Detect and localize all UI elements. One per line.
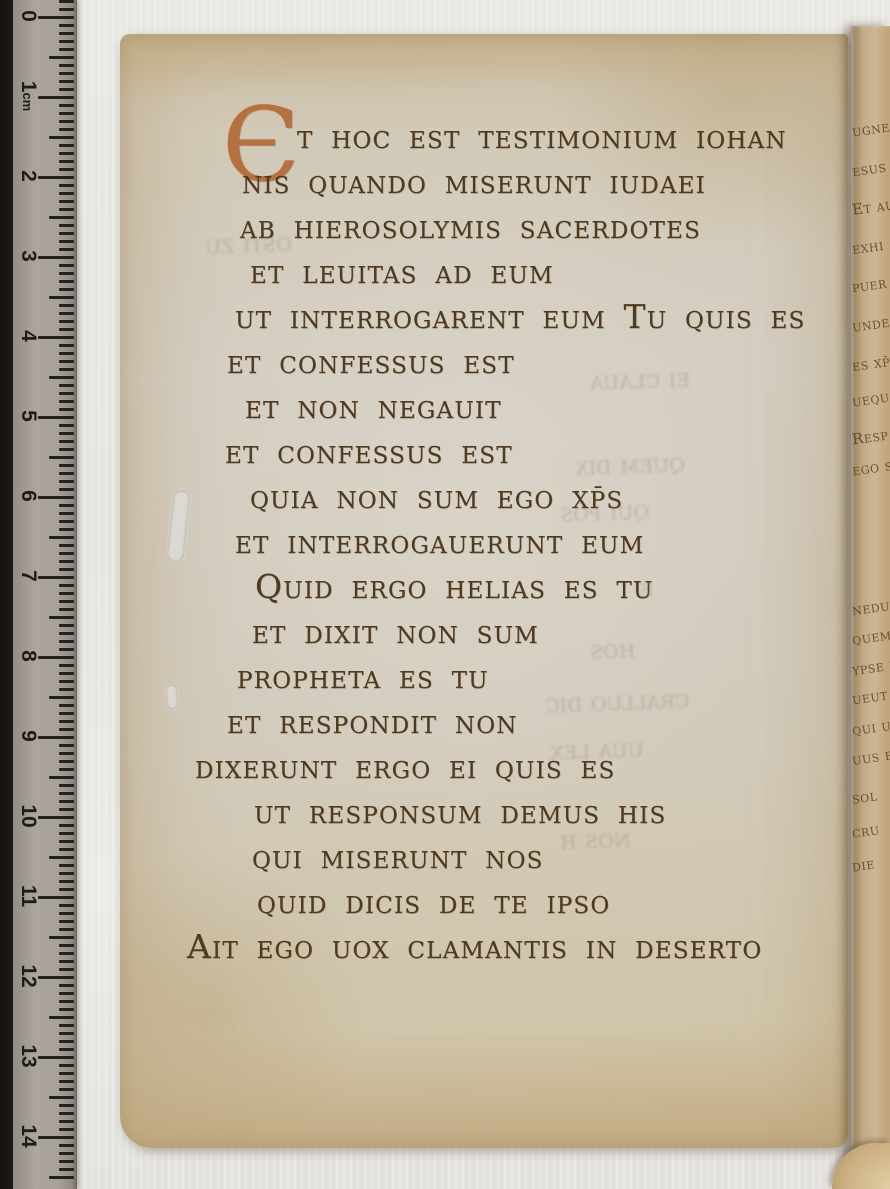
ruler-tick — [59, 368, 74, 371]
ruler-tick — [59, 1048, 74, 1051]
ghost-text-fragment: quem dix — [574, 447, 685, 482]
ruler-tick — [59, 592, 74, 595]
facing-page-text-fragment: uequ — [851, 387, 890, 410]
ruler-tick — [59, 992, 74, 995]
ruler-tick — [59, 552, 74, 555]
ruler-tick — [59, 1144, 74, 1147]
facing-page-text-fragment: neduu — [851, 595, 890, 619]
ruler-tick — [59, 152, 74, 155]
ruler-tick — [49, 536, 74, 539]
ruler-tick — [59, 248, 74, 251]
facing-page-text-fragment: cru — [851, 820, 881, 842]
ruler-tick — [59, 528, 74, 531]
facing-page-edge: ugneesusEt auexhipuerunderoes xp̄suequRe… — [851, 26, 890, 1189]
text-line: et non negauit — [245, 384, 502, 429]
facing-page-text-fragment: ueut — [851, 686, 889, 709]
ruler-tick — [38, 816, 74, 819]
ruler-tick — [59, 208, 74, 211]
facing-page-text-fragment: ugne — [851, 117, 890, 140]
ruler-tick — [59, 352, 74, 355]
ruler-tick — [59, 520, 74, 523]
ruler-tick — [59, 784, 74, 787]
ruler-tick — [59, 688, 74, 691]
ruler-tick — [59, 480, 74, 483]
ruler-tick — [49, 376, 74, 379]
text-line: qui miserunt nos — [252, 834, 544, 879]
ruler-tick — [59, 648, 74, 651]
ruler-tick — [59, 1072, 74, 1075]
facing-page-text-fragment: uus e — [851, 745, 890, 769]
ruler-tick — [59, 928, 74, 931]
ruler-tick — [59, 728, 74, 731]
ruler-tick — [59, 272, 74, 275]
ruler-tick — [38, 416, 74, 419]
ruler-tick — [59, 872, 74, 875]
ruler-tick — [59, 1032, 74, 1035]
ruler-tick — [59, 744, 74, 747]
ruler-tick — [49, 856, 74, 859]
ruler-tick — [59, 752, 74, 755]
ruler-tick — [59, 712, 74, 715]
ruler-tick — [59, 160, 74, 163]
facing-page-text-fragment: Et au — [851, 195, 890, 219]
ruler-tick — [59, 344, 74, 347]
ruler-tick — [59, 264, 74, 267]
ruler-tick — [59, 192, 74, 195]
ruler-tick — [59, 568, 74, 571]
ruler-tick — [59, 392, 74, 395]
ruler-tick — [49, 1016, 74, 1019]
ruler-tick — [59, 1000, 74, 1003]
ruler-number: 4 — [15, 321, 41, 351]
ruler-number: 11 — [15, 881, 41, 911]
text-line: et confessus est — [227, 339, 515, 384]
facing-page-text-fragment: puer — [851, 274, 888, 297]
text-line: Ait ego uox clamantis in deserto — [187, 924, 762, 969]
ghost-text-fragment: nos h — [559, 823, 630, 856]
ruler-number: 12 — [15, 961, 41, 991]
ruler-tick — [59, 80, 74, 83]
backing-board — [0, 0, 13, 1189]
ruler-tick — [49, 216, 74, 219]
ruler-tick — [59, 888, 74, 891]
ruler-tick — [59, 792, 74, 795]
ruler-tick — [59, 464, 74, 467]
ruler-tick — [59, 1024, 74, 1027]
ruler-tick — [59, 232, 74, 235]
ghost-text-fragment: osti zu — [204, 226, 292, 260]
ruler-number: 9 — [15, 721, 41, 751]
ruler-number: 7 — [15, 561, 41, 591]
ruler-tick — [59, 840, 74, 843]
ruler-tick — [49, 696, 74, 699]
ruler-tick — [59, 424, 74, 427]
ruler-tick — [59, 240, 74, 243]
ruler-tick — [59, 328, 74, 331]
ruler-tick — [59, 48, 74, 51]
ruler-tick — [59, 440, 74, 443]
ruler-tick — [59, 184, 74, 187]
manuscript-page: Є t hoc est testimonium iohannis quando … — [120, 34, 848, 1148]
ruler-tick — [59, 1040, 74, 1043]
ruler-tick — [59, 312, 74, 315]
ruler-tick — [49, 616, 74, 619]
ruler-tick — [59, 0, 74, 3]
ruler-tick — [38, 896, 74, 899]
ruler-tick — [59, 400, 74, 403]
ruler-tick — [59, 560, 74, 563]
text-line: ut interrogarent eum Tu quis es — [235, 294, 806, 339]
ruler-tick — [59, 664, 74, 667]
ruler-tick — [49, 456, 74, 459]
ruler-tick — [38, 976, 74, 979]
ruler-tick — [38, 1136, 74, 1139]
facing-page-text-fragment: esus — [851, 158, 887, 181]
ruler-tick — [59, 760, 74, 763]
ruler-tick — [59, 800, 74, 803]
ruler-tick — [38, 256, 74, 259]
cm-ruler: 01cm234567891011121314 — [13, 0, 77, 1189]
ruler-number: 5 — [15, 401, 41, 431]
ruler-tick — [59, 1104, 74, 1107]
ruler-tick — [59, 360, 74, 363]
ruler-tick — [59, 632, 74, 635]
ruler-tick — [59, 848, 74, 851]
ruler-tick — [59, 1064, 74, 1067]
text-line: ab hierosolymis sacerdotes — [240, 204, 701, 249]
text-line: et leuitas ad eum — [250, 249, 554, 294]
text-line: nis quando miserunt iudaei — [242, 159, 706, 204]
ghost-text-fragment: hos — [589, 633, 635, 666]
ruler-tick — [59, 680, 74, 683]
ruler-tick — [59, 280, 74, 283]
ruler-tick — [59, 24, 74, 27]
ruler-tick — [59, 1128, 74, 1131]
ruler-tick — [59, 704, 74, 707]
ruler-number: 10 — [15, 801, 41, 831]
ruler-tick — [38, 176, 74, 179]
facing-page-text-fragment: ypse e — [851, 655, 890, 679]
facing-page-text-fragment: Resp — [851, 426, 889, 449]
ruler-tick — [59, 112, 74, 115]
ruler-tick — [38, 16, 74, 19]
ruler-tick — [59, 288, 74, 291]
ruler-tick — [59, 144, 74, 147]
ruler-tick — [59, 104, 74, 107]
ruler-tick — [59, 624, 74, 627]
ruler-tick — [59, 952, 74, 955]
ruler-tick — [59, 880, 74, 883]
ghost-text-fragment: e — [639, 572, 654, 603]
facing-page-text-fragment: qui uu — [851, 715, 890, 740]
ruler-tick — [59, 832, 74, 835]
ruler-tick — [59, 1088, 74, 1091]
text-line: t hoc est testimonium iohan — [297, 114, 787, 159]
facing-page-text-fragment: ego su — [851, 455, 890, 480]
ruler-unit-label: cm — [21, 92, 36, 111]
ruler-tick — [38, 336, 74, 339]
facing-page-text-fragment: quem — [851, 625, 890, 648]
ruler-tick — [59, 504, 74, 507]
ruler-tick — [59, 544, 74, 547]
ghost-text-fragment: cralluo dic — [545, 683, 690, 719]
ruler-tick — [59, 768, 74, 771]
ruler-tick — [49, 136, 74, 139]
facing-page-text-fragment: undero — [851, 310, 890, 336]
ruler-tick — [59, 168, 74, 171]
ruler-tick — [59, 824, 74, 827]
ruler-tick — [59, 1080, 74, 1083]
ruler-tick — [59, 448, 74, 451]
ruler-tick — [38, 576, 74, 579]
ruler-tick — [59, 912, 74, 915]
ruler-number: 14 — [15, 1121, 41, 1151]
ruler-tick — [59, 384, 74, 387]
ruler-number: 6 — [15, 481, 41, 511]
ruler-tick — [38, 736, 74, 739]
ruler-tick — [59, 904, 74, 907]
ruler-tick — [59, 408, 74, 411]
ruler-tick — [38, 656, 74, 659]
ruler-tick — [59, 864, 74, 867]
ruler-number: 13 — [15, 1041, 41, 1071]
ruler-tick — [59, 472, 74, 475]
ruler-tick — [59, 320, 74, 323]
ruler-tick — [49, 56, 74, 59]
ruler-tick — [49, 1096, 74, 1099]
ruler-tick — [59, 432, 74, 435]
ruler-tick — [59, 512, 74, 515]
ruler-tick — [59, 224, 74, 227]
ruler-tick — [59, 64, 74, 67]
ruler-tick — [59, 960, 74, 963]
ruler-number: 0 — [15, 1, 41, 31]
ruler-tick — [59, 600, 74, 603]
text-line: quid dicis de te ipso — [257, 879, 610, 924]
ruler-tick — [59, 72, 74, 75]
ruler-tick — [59, 968, 74, 971]
ruler-tick — [59, 1008, 74, 1011]
ruler-tick — [59, 200, 74, 203]
facing-page-text-fragment: die — [851, 855, 876, 876]
ruler-tick — [59, 1112, 74, 1115]
ghost-text-fragment: ei claua — [589, 362, 690, 396]
ruler-number: 2 — [15, 161, 41, 191]
facing-page-text-fragment: exhi — [851, 236, 885, 258]
ghost-text-fragment: qui pos — [559, 494, 649, 528]
ruler-tick — [38, 496, 74, 499]
text-line: Quid ergo helias es tu — [255, 564, 654, 609]
text-line: et respondit non — [227, 699, 518, 744]
ruler-tick — [59, 640, 74, 643]
ruler-tick — [59, 304, 74, 307]
ruler-tick — [59, 32, 74, 35]
ruler-tick — [59, 984, 74, 987]
ruler-tick — [59, 720, 74, 723]
ruler-tick — [59, 40, 74, 43]
ruler-tick — [59, 1160, 74, 1163]
ruler-tick — [59, 944, 74, 947]
text-line: et confessus est — [225, 429, 513, 474]
facing-page-text-fragment: sol — [851, 786, 878, 807]
ruler-tick — [59, 608, 74, 611]
facing-page-text-fragment: es xp̄s — [851, 351, 890, 375]
ruler-number: 8 — [15, 641, 41, 671]
ruler-tick — [59, 8, 74, 11]
ruler-tick — [49, 936, 74, 939]
ruler-tick — [59, 920, 74, 923]
ruler-tick — [59, 808, 74, 811]
ghost-text-fragment: uua lex — [549, 732, 644, 766]
ruler-tick — [59, 88, 74, 91]
ruler-tick — [59, 488, 74, 491]
ruler-tick — [38, 1056, 74, 1059]
ruler-tick — [59, 1120, 74, 1123]
text-line: propheta es tu — [237, 654, 489, 699]
ruler-tick — [49, 776, 74, 779]
ruler-tick — [59, 120, 74, 123]
parchment-hole — [165, 684, 179, 711]
ruler-tick — [59, 584, 74, 587]
ruler-number: 1cm — [15, 81, 41, 111]
ruler-tick — [59, 672, 74, 675]
ruler-number: 3 — [15, 241, 41, 271]
ruler-tick — [38, 96, 74, 99]
ruler-tick — [59, 1152, 74, 1155]
text-line: et dixit non sum — [252, 609, 539, 654]
ruler-tick — [49, 1176, 74, 1179]
ruler-tick — [49, 296, 74, 299]
ruler-tick — [59, 1168, 74, 1171]
ruler-tick — [59, 128, 74, 131]
